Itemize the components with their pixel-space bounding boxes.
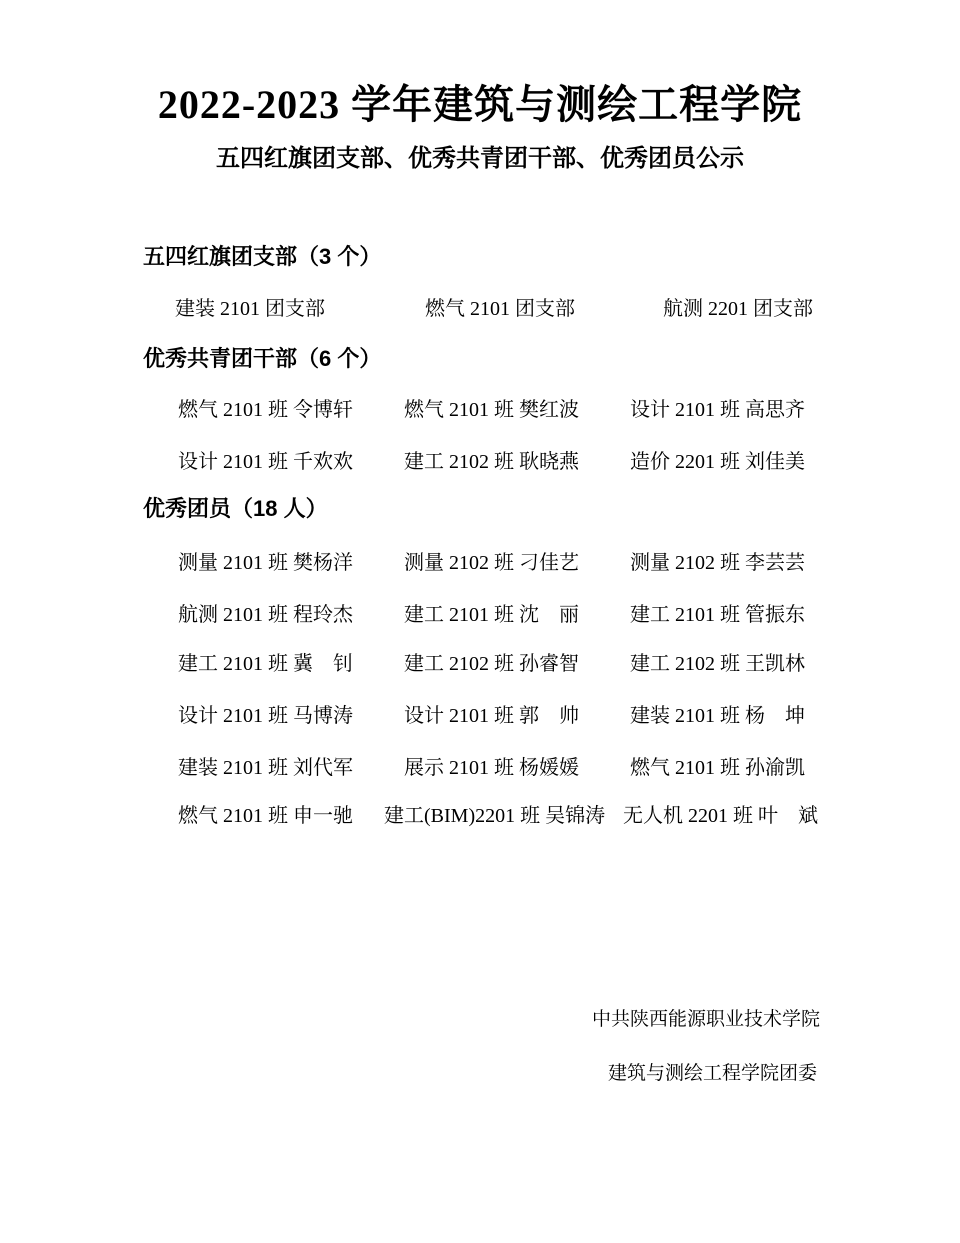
award-row: 建装 2101 团支部 燃气 2101 团支部 航测 2201 团支部 [175, 296, 813, 322]
award-row: 建装 2101 班 刘代军 展示 2101 班 杨媛媛 燃气 2101 班 孙渝… [178, 755, 805, 781]
section-heading-outstanding-cadres: 优秀共青团干部（6 个） [143, 345, 381, 373]
award-cell: 燃气 2101 班 孙渝凯 [630, 755, 805, 781]
award-cell: 测量 2102 班 刁佳艺 [404, 550, 630, 576]
award-cell: 建工 2101 班 冀 钊 [178, 651, 404, 677]
award-cell: 建工(BIM)2201 班 吴锦涛 [384, 803, 623, 829]
award-cell: 设计 2101 班 郭 帅 [404, 703, 630, 729]
signature-committee: 建筑与测绘工程学院团委 [608, 1061, 817, 1086]
award-row: 燃气 2101 班 令博轩 燃气 2101 班 樊红波 设计 2101 班 高思… [178, 397, 805, 423]
award-row: 航测 2101 班 程玲杰 建工 2101 班 沈 丽 建工 2101 班 管振… [178, 602, 805, 628]
award-cell: 造价 2201 班 刘佳美 [630, 449, 805, 475]
award-cell: 设计 2101 班 高思齐 [630, 397, 805, 423]
award-row: 设计 2101 班 马博涛 设计 2101 班 郭 帅 建装 2101 班 杨 … [178, 703, 805, 729]
award-row: 建工 2101 班 冀 钊 建工 2102 班 孙睿智 建工 2102 班 王凯… [178, 651, 805, 677]
award-cell: 设计 2101 班 马博涛 [178, 703, 404, 729]
award-cell: 燃气 2101 团支部 [425, 296, 663, 322]
award-cell: 测量 2102 班 李芸芸 [630, 550, 805, 576]
page-subtitle: 五四红旗团支部、优秀共青团干部、优秀团员公示 [0, 144, 960, 174]
section-heading-red-flag-branches: 五四红旗团支部（3 个） [143, 243, 381, 271]
award-cell: 建装 2101 团支部 [175, 296, 425, 322]
award-cell: 航测 2101 班 程玲杰 [178, 602, 404, 628]
award-cell: 建工 2101 班 管振东 [630, 602, 805, 628]
award-cell: 建装 2101 班 刘代军 [178, 755, 404, 781]
award-cell: 建工 2102 班 孙睿智 [404, 651, 630, 677]
award-row: 测量 2101 班 樊杨洋 测量 2102 班 刁佳艺 测量 2102 班 李芸… [178, 550, 805, 576]
award-row: 设计 2101 班 千欢欢 建工 2102 班 耿晓燕 造价 2201 班 刘佳… [178, 449, 805, 475]
page-title: 2022-2023 学年建筑与测绘工程学院 [0, 82, 960, 128]
award-row: 燃气 2101 班 申一驰 建工(BIM)2201 班 吴锦涛 无人机 2201… [178, 803, 818, 829]
award-cell: 建工 2101 班 沈 丽 [404, 602, 630, 628]
award-cell: 建工 2102 班 耿晓燕 [404, 449, 630, 475]
award-cell: 航测 2201 团支部 [663, 296, 813, 322]
award-cell: 燃气 2101 班 樊红波 [404, 397, 630, 423]
award-cell: 建装 2101 班 杨 坤 [630, 703, 805, 729]
award-cell: 建工 2102 班 王凯林 [630, 651, 805, 677]
signature-organization: 中共陕西能源职业技术学院 [592, 1007, 820, 1032]
document-page: 2022-2023 学年建筑与测绘工程学院 五四红旗团支部、优秀共青团干部、优秀… [0, 0, 960, 1243]
award-cell: 燃气 2101 班 申一驰 [178, 803, 384, 829]
award-cell: 测量 2101 班 樊杨洋 [178, 550, 404, 576]
award-cell: 设计 2101 班 千欢欢 [178, 449, 404, 475]
award-cell: 展示 2101 班 杨媛媛 [404, 755, 630, 781]
award-cell: 无人机 2201 班 叶 斌 [623, 803, 818, 829]
award-cell: 燃气 2101 班 令博轩 [178, 397, 404, 423]
section-heading-outstanding-members: 优秀团员（18 人） [143, 495, 328, 523]
